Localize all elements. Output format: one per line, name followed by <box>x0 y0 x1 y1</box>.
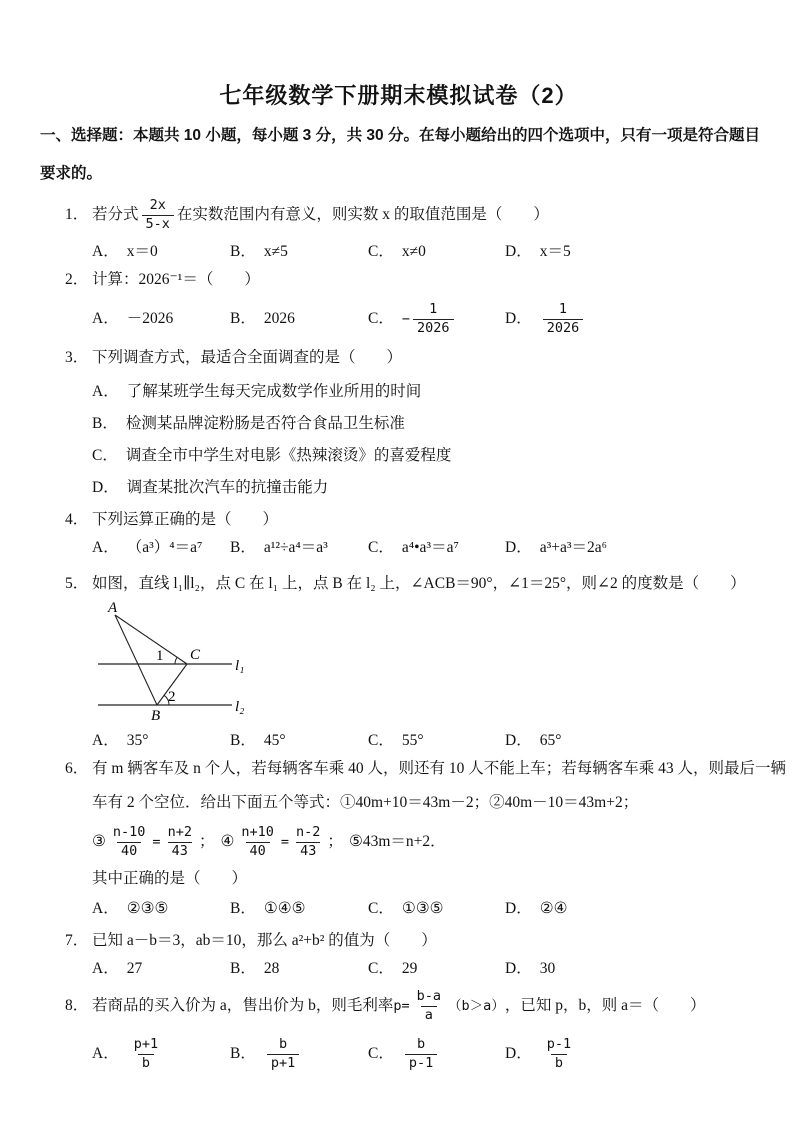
option-d-value: 30 <box>540 959 556 979</box>
parallel-lines-diagram: A C B l₁ l₂ 1 2 <box>88 599 268 727</box>
fraction-numerator: 1 <box>555 302 571 319</box>
fraction-numerator: n+2 <box>164 825 196 842</box>
option-c-fraction: 12026 <box>413 302 454 336</box>
option-b: B．x≠5 <box>230 242 368 262</box>
page-title: 七年级数学下册期末模拟试卷（2） <box>40 82 757 110</box>
equals-sign: = <box>152 832 160 852</box>
option-d-fraction: 12026 <box>543 302 584 336</box>
fraction-numerator: p+1 <box>130 1037 162 1054</box>
option-a: A．x＝0 <box>92 242 230 262</box>
question-1-text-pre: 若分式 <box>92 205 139 225</box>
option-b-value: ①④⑤ <box>264 899 306 919</box>
option-a: A．－2026 <box>92 309 230 329</box>
question-1-number: 1． <box>65 205 92 225</box>
option-a-value: －2026 <box>127 309 174 329</box>
option-c-label: C． <box>368 731 394 751</box>
option-c: C．−12026 <box>368 302 505 336</box>
option-c-value: a⁴•a³＝a⁷ <box>402 538 459 558</box>
label-C: C <box>190 647 201 663</box>
option-b: B．28 <box>230 959 368 979</box>
option-a-value: 了解某班学生每天完成数学作业所用的时间 <box>127 382 422 402</box>
option-d-label: D． <box>505 899 532 919</box>
option-b-label: B． <box>92 414 118 434</box>
question-8-number: 8． <box>65 996 92 1016</box>
question-8-options: A．p+1b B．bp+1 C．bp-1 D．p-1b <box>92 1033 757 1075</box>
option-d-label: D． <box>505 538 532 558</box>
option-a-label: A． <box>92 242 119 262</box>
fraction-denominator: p-1 <box>405 1054 437 1072</box>
fraction-numerator: 1 <box>425 302 441 319</box>
option-d-value: 调查某批次汽车的抗撞击能力 <box>127 478 329 498</box>
separator: ； <box>199 832 215 852</box>
question-6-number: 6． <box>65 759 92 779</box>
question-1: 1． 若分式 2x 5-x 在实数范围内有意义，则实数 x 的取值范围是（ ） <box>40 194 757 236</box>
option-c-label: C． <box>368 1044 394 1064</box>
option-c-fraction: bp-1 <box>405 1037 437 1071</box>
condition-paren: （b＞a） <box>448 996 505 1016</box>
equation-3-left-fraction: n-1040 <box>109 825 150 859</box>
question-8-text-pre: 若商品的买入价为 a，售出价为 b，则毛利率 <box>92 996 393 1016</box>
option-c: C．x≠0 <box>368 242 505 262</box>
option-c-label: C． <box>368 309 394 329</box>
option-d-label: D． <box>505 1044 532 1064</box>
question-6: 6． 有 m 辆客车及 n 个人，若每辆客车乘 40 人，则还有 10 人不能上… <box>40 759 757 779</box>
segment-AC <box>115 615 187 664</box>
segment-AB <box>115 615 157 705</box>
question-2: 2． 计算：2026⁻¹＝（ ） <box>40 270 757 290</box>
equation-4-left-fraction: n+1040 <box>237 825 278 859</box>
option-a-label: A． <box>92 1044 119 1064</box>
fraction-denominator: 40 <box>117 842 141 860</box>
option-c: C．a⁴•a³＝a⁷ <box>368 538 505 558</box>
question-6-line1: 有 m 辆客车及 n 个人，若每辆客车乘 40 人，则还有 10 人不能上车；若… <box>92 759 786 779</box>
option-a: A．②③⑤ <box>92 899 230 919</box>
question-6-line4: 其中正确的是（ ） <box>40 869 757 889</box>
fraction-denominator: a <box>421 1006 437 1024</box>
question-5-options: A．35° B．45° C．55° D．65° <box>92 731 757 751</box>
minus-sign: − <box>402 309 410 329</box>
label-angle-1: 1 <box>156 648 164 664</box>
question-2-options: A．－2026 B．2026 C．−12026 D．12026 <box>92 298 757 340</box>
question-7-number: 7． <box>65 931 92 951</box>
option-b: B．检测某品牌淀粉肠是否符合食品卫生标准 <box>92 414 757 434</box>
option-d-label: D． <box>92 478 119 498</box>
label-angle-2: 2 <box>168 689 176 705</box>
option-c: C．调查全市中学生对电影《热辣滚烫》的喜爱程度 <box>92 446 757 466</box>
fraction-numerator: n-2 <box>292 825 324 842</box>
fraction-numerator: 2x <box>146 198 170 215</box>
option-d: D．②④ <box>505 899 757 919</box>
fraction-denominator: 43 <box>168 842 192 860</box>
option-c-value: ①③⑤ <box>402 899 444 919</box>
fraction-denominator: 2026 <box>543 319 584 337</box>
fraction-numerator: b <box>275 1037 291 1054</box>
option-d: D．x＝5 <box>505 242 757 262</box>
question-8: 8． 若商品的买入价为 a，售出价为 b，则毛利率 p= b-aa （b＞a） … <box>40 985 757 1027</box>
equation-3-right-fraction: n+243 <box>164 825 196 859</box>
question-8-fraction: b-aa <box>413 989 445 1023</box>
fraction-denominator: b <box>138 1054 154 1072</box>
option-a: A．35° <box>92 731 230 751</box>
question-3-number: 3． <box>65 348 92 368</box>
equation-4-right-fraction: n-243 <box>292 825 324 859</box>
option-c-label: C． <box>92 446 118 466</box>
separator: ； <box>327 832 343 852</box>
option-a-value: （a³）⁴＝a⁷ <box>127 538 203 558</box>
question-8-text-post: ，已知 p，b，则 a＝（ ） <box>505 996 706 1016</box>
option-d-label: D． <box>505 959 532 979</box>
fraction-denominator: 43 <box>296 842 320 860</box>
question-1-options: A．x＝0 B．x≠5 C．x≠0 D．x＝5 <box>92 242 757 262</box>
option-c: C．bp-1 <box>368 1037 505 1071</box>
exam-page: 七年级数学下册期末模拟试卷（2） 一、选择题：本题共 10 小题，每小题 3 分… <box>0 0 793 1122</box>
label-A: A <box>107 600 118 616</box>
circled-4: ④ <box>220 832 234 852</box>
question-5-number: 5． <box>65 574 92 594</box>
option-c-label: C． <box>368 899 394 919</box>
option-a: A．了解某班学生每天完成数学作业所用的时间 <box>92 382 757 402</box>
option-b-value: 检测某品牌淀粉肠是否符合食品卫生标准 <box>126 414 405 434</box>
question-6-equations: ③ n-1040 = n+243 ； ④ n+1040 = n-243 ； ⑤4… <box>40 823 757 861</box>
option-b: B．2026 <box>230 309 368 329</box>
label-B: B <box>151 708 160 724</box>
option-d: D．30 <box>505 959 757 979</box>
option-a: A．（a³）⁴＝a⁷ <box>92 538 230 558</box>
fraction-denominator: 2026 <box>413 319 454 337</box>
option-d-value: x＝5 <box>540 242 571 262</box>
fraction-numerator: p-1 <box>543 1037 575 1054</box>
p-equals: p= <box>393 996 409 1016</box>
question-5-text: 如图，直线 l₁∥l₂，点 C 在 l₁ 上，点 B 在 l₂ 上，∠ACB＝9… <box>92 574 746 594</box>
fraction-denominator: p+1 <box>267 1054 299 1072</box>
option-c: C．29 <box>368 959 505 979</box>
option-d-value: 65° <box>540 731 562 751</box>
equation-5: ⑤43m＝n+2． <box>349 832 446 852</box>
equals-sign: = <box>281 832 289 852</box>
question-3-options: A．了解某班学生每天完成数学作业所用的时间 B．检测某品牌淀粉肠是否符合食品卫生… <box>92 382 757 498</box>
section-heading-line1: 一、选择题：本题共 10 小题，每小题 3 分，共 30 分。在每小题给出的四个… <box>40 126 757 146</box>
option-c-value: 29 <box>402 959 418 979</box>
option-a-fraction: p+1b <box>130 1037 162 1071</box>
option-b: B．①④⑤ <box>230 899 368 919</box>
option-b-label: B． <box>230 731 256 751</box>
option-a-label: A． <box>92 382 119 402</box>
question-2-number: 2． <box>65 270 92 290</box>
label-l2: l₂ <box>235 699 244 715</box>
fraction-denominator: 40 <box>246 842 270 860</box>
fraction-numerator: b <box>413 1037 429 1054</box>
option-c-label: C． <box>368 959 394 979</box>
question-5-figure: A C B l₁ l₂ 1 2 <box>88 599 757 727</box>
option-b-fraction: bp+1 <box>267 1037 299 1071</box>
angle-1-arc <box>175 657 177 664</box>
question-1-fraction: 2x 5-x <box>142 198 174 232</box>
option-d-fraction: p-1b <box>543 1037 575 1071</box>
option-c: C．55° <box>368 731 505 751</box>
option-b-value: 45° <box>264 731 286 751</box>
option-d: D．65° <box>505 731 757 751</box>
option-b: B．bp+1 <box>230 1037 368 1071</box>
question-6-options: A．②③⑤ B．①④⑤ C．①③⑤ D．②④ <box>92 899 757 919</box>
option-b-label: B． <box>230 309 256 329</box>
option-a-label: A． <box>92 309 119 329</box>
option-a: A．27 <box>92 959 230 979</box>
option-d-label: D． <box>505 309 532 329</box>
option-b-label: B． <box>230 899 256 919</box>
option-a: A．p+1b <box>92 1037 230 1071</box>
option-d: D．a³+a³＝2a⁶ <box>505 538 757 558</box>
question-7-options: A．27 B．28 C．29 D．30 <box>92 959 757 979</box>
option-b-label: B． <box>230 242 256 262</box>
question-1-text-post: 在实数范围内有意义，则实数 x 的取值范围是（ ） <box>177 205 549 225</box>
section-heading-line2: 要求的。 <box>40 164 757 184</box>
option-a-value: x＝0 <box>127 242 158 262</box>
option-a-value: ②③⑤ <box>127 899 169 919</box>
circled-3: ③ <box>92 832 106 852</box>
option-d-value: ②④ <box>540 899 568 919</box>
option-c-value: x≠0 <box>402 242 426 262</box>
option-a-value: 35° <box>127 731 149 751</box>
fraction-numerator: b-a <box>413 989 445 1006</box>
option-c-value: 55° <box>402 731 424 751</box>
fraction-denominator: 5-x <box>142 215 174 233</box>
question-3: 3． 下列调查方式，最适合全面调查的是（ ） <box>40 348 757 368</box>
option-a-value: 27 <box>127 959 143 979</box>
option-b-label: B． <box>230 959 256 979</box>
option-d: D．12026 <box>505 302 757 336</box>
fraction-denominator: b <box>551 1054 567 1072</box>
question-2-text: 计算：2026⁻¹＝（ ） <box>92 270 260 290</box>
option-b-value: 28 <box>264 959 280 979</box>
option-c: C．①③⑤ <box>368 899 505 919</box>
option-b: B．45° <box>230 731 368 751</box>
option-b-label: B． <box>230 1044 256 1064</box>
option-a-label: A． <box>92 959 119 979</box>
question-4-options: A．（a³）⁴＝a⁷ B．a¹²÷a⁴＝a³ C．a⁴•a³＝a⁷ D．a³+a… <box>92 538 757 558</box>
option-b-value: x≠5 <box>264 242 288 262</box>
option-d-label: D． <box>505 731 532 751</box>
option-a-label: A． <box>92 538 119 558</box>
option-c-label: C． <box>368 242 394 262</box>
question-7-text: 已知 a－b＝3，ab＝10，那么 a²+b² 的值为（ ） <box>92 931 437 951</box>
option-c-label: C． <box>368 538 394 558</box>
fraction-numerator: n+10 <box>237 825 278 842</box>
option-a-label: A． <box>92 899 119 919</box>
option-d: D．调查某批次汽车的抗撞击能力 <box>92 478 757 498</box>
option-a-label: A． <box>92 731 119 751</box>
label-l1: l₁ <box>235 658 244 674</box>
fraction-numerator: n-10 <box>109 825 150 842</box>
question-4-number: 4． <box>65 510 92 530</box>
question-3-text: 下列调查方式，最适合全面调查的是（ ） <box>92 348 402 368</box>
option-b-value: a¹²÷a⁴＝a³ <box>264 538 328 558</box>
question-4-text: 下列运算正确的是（ ） <box>92 510 278 530</box>
question-6-line2: 车有 2 个空位．给出下面五个等式：①40m+10＝43m－2；②40m－10＝… <box>40 793 757 813</box>
question-4: 4． 下列运算正确的是（ ） <box>40 510 757 530</box>
question-7: 7． 已知 a－b＝3，ab＝10，那么 a²+b² 的值为（ ） <box>40 931 757 951</box>
option-b-value: 2026 <box>264 309 295 329</box>
option-d: D．p-1b <box>505 1037 757 1071</box>
option-b-label: B． <box>230 538 256 558</box>
option-d-label: D． <box>505 242 532 262</box>
option-c-value: 调查全市中学生对电影《热辣滚烫》的喜爱程度 <box>126 446 452 466</box>
option-d-value: a³+a³＝2a⁶ <box>540 538 607 558</box>
question-5: 5． 如图，直线 l₁∥l₂，点 C 在 l₁ 上，点 B 在 l₂ 上，∠AC… <box>40 574 757 594</box>
option-b: B．a¹²÷a⁴＝a³ <box>230 538 368 558</box>
